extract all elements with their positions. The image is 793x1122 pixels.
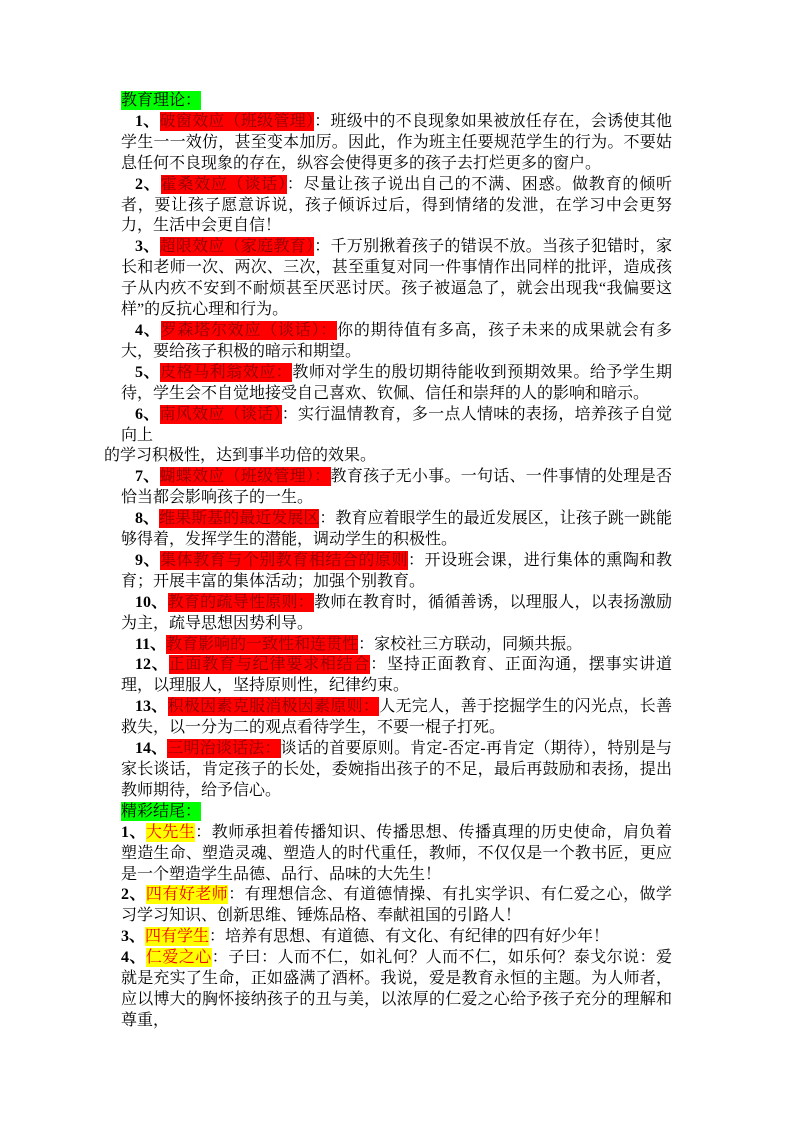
highlighted-term: 教育影响的一致性和连贯性 [166,635,358,654]
list-item: 1、大先生：教师承担着传播知识、传播思想、传播真理的历史使命，肩负着塑造生命、塑… [121,823,672,886]
item-number: 14、 [135,740,167,757]
highlighted-term: 蝴蝶效应（班级管理）： [160,467,331,486]
body-text: 的学习积极性，达到事半功倍的效果。 [104,447,376,464]
highlighted-term: 集体教育与个别教育相结合的原则 [160,551,408,570]
section-header-text: 教育理论： [121,91,201,110]
list-item: 13、积极因素克服消极因素原则：人无完人，善于挖掘学生的闪光点，长善救失，以一分… [121,697,672,739]
item-number: 10、 [135,594,168,611]
section-header-text: 精彩结尾： [121,802,201,821]
list-item: 3、四有学生：培养有思想、有道德、有文化、有纪律的四有好少年！ [121,927,672,948]
item-number: 2、 [121,886,146,903]
item-number: 1、 [135,113,160,130]
item-number: 4、 [121,949,146,966]
list-item: 2、霍桑效应（谈话）：尽量让孩子说出自己的不满、困惑。做教育的倾听者，要让孩子愿… [121,175,672,238]
highlighted-term: 正面教育与纪律要求相结合 [169,655,371,674]
item-number: 5、 [135,364,160,381]
list-item: 6、南风效应（谈话）：实行温情教育，多一点人情味的表扬，培养孩子自觉向上 [121,405,672,447]
item-number: 1、 [121,824,146,841]
highlighted-term: 四有学生 [145,927,209,946]
item-number: 6、 [135,406,160,423]
highlighted-term: 教育的疏导性原则： [168,593,315,612]
list-item: 3、超限效应（家庭教育）：千万别揪着孩子的错误不放。当孩子犯错时，家长和老师一次… [121,237,672,321]
item-number: 4、 [135,322,161,339]
list-item: 4、罗森塔尔效应（谈话）：你的期待值有多高，孩子未来的成果就会有多大，要给孩子积… [121,321,672,363]
item-number: 13、 [135,698,168,715]
list-item: 的学习积极性，达到事半功倍的效果。 [104,446,672,467]
list-item: 10、教育的疏导性原则：教师在教育时，循循善诱，以理服人，以表扬激励为主，疏导思… [121,593,672,635]
highlighted-term: 四有好老师 [146,885,228,904]
highlighted-term: 仁爱之心 [146,948,212,967]
highlighted-term: 超限效应（家庭教育） [160,237,315,256]
body-text: ：教师承担着传播知识、传播思想、传播真理的历史使命，肩负着塑造生命、塑造灵魂、塑… [121,824,672,883]
item-number: 9、 [135,552,160,569]
highlighted-term: 积极因素克服消极因素原则： [168,697,380,716]
highlighted-term: 罗森塔尔效应（谈话）： [161,321,338,340]
highlighted-term: 三明治谈话法： [167,739,280,758]
item-number: 3、 [121,928,145,945]
item-number: 2、 [135,176,161,193]
highlighted-term: 维果斯基的最近发展区 [159,509,319,528]
item-number: 8、 [135,510,159,527]
item-number: 3、 [135,238,160,255]
list-item: 7、蝴蝶效应（班级管理）：教育孩子无小事。一句话、一件事情的处理是否恰当都会影响… [121,467,672,509]
highlighted-term: 皮格马利翁效应： [160,363,292,382]
list-item: 12、正面教育与纪律要求相结合：坚持正面教育、正面沟通，摆事实讲道理，以理服人，… [121,655,672,697]
item-number: 12、 [135,656,169,673]
body-text: ：培养有思想、有道德、有文化、有纪律的四有好少年！ [209,928,609,945]
item-number: 11、 [135,636,166,653]
list-item: 4、仁爱之心：子曰：人而不仁，如礼何？人而不仁，如乐何？泰戈尔说：爱就是充实了生… [121,948,672,1032]
body-text: ：家校社三方联动，同频共振。 [358,636,582,653]
section-header: 精彩结尾： [121,802,672,823]
document-page: 教育理论：1、破窗效应（班级管理）：班级中的不良现象如果被放任存在，会诱使其他学… [0,0,793,1122]
list-item: 2、四有好老师：有理想信念、有道德情操、有扎实学识、有仁爱之心，做学习学习知识、… [121,885,672,927]
list-item: 14、三明治谈话法：谈话的首要原则。肯定-否定-再肯定（期待），特别是与家长谈话… [121,739,672,802]
highlighted-term: 大先生 [146,823,195,842]
list-item: 5、皮格马利翁效应：教师对学生的殷切期待能收到预期效果。给予学生期待，学生会不自… [121,363,672,405]
document-content: 教育理论：1、破窗效应（班级管理）：班级中的不良现象如果被放任存在，会诱使其他学… [121,91,672,1032]
highlighted-term: 霍桑效应（谈话） [161,175,287,194]
list-item: 9、集体教育与个别教育相结合的原则：开设班会课，进行集体的熏陶和教育；开展丰富的… [121,551,672,593]
list-item: 11、教育影响的一致性和连贯性：家校社三方联动，同频共振。 [121,635,672,656]
list-item: 1、破窗效应（班级管理）：班级中的不良现象如果被放任存在，会诱使其他学生一一效仿… [121,112,672,175]
highlighted-term: 破窗效应（班级管理） [160,112,315,131]
item-number: 7、 [135,468,160,485]
section-header: 教育理论： [121,91,672,112]
highlighted-term: 南风效应（谈话） [160,405,282,424]
list-item: 8、维果斯基的最近发展区：教育应着眼学生的最近发展区，让孩子跳一跳能够得着，发挥… [121,509,672,551]
